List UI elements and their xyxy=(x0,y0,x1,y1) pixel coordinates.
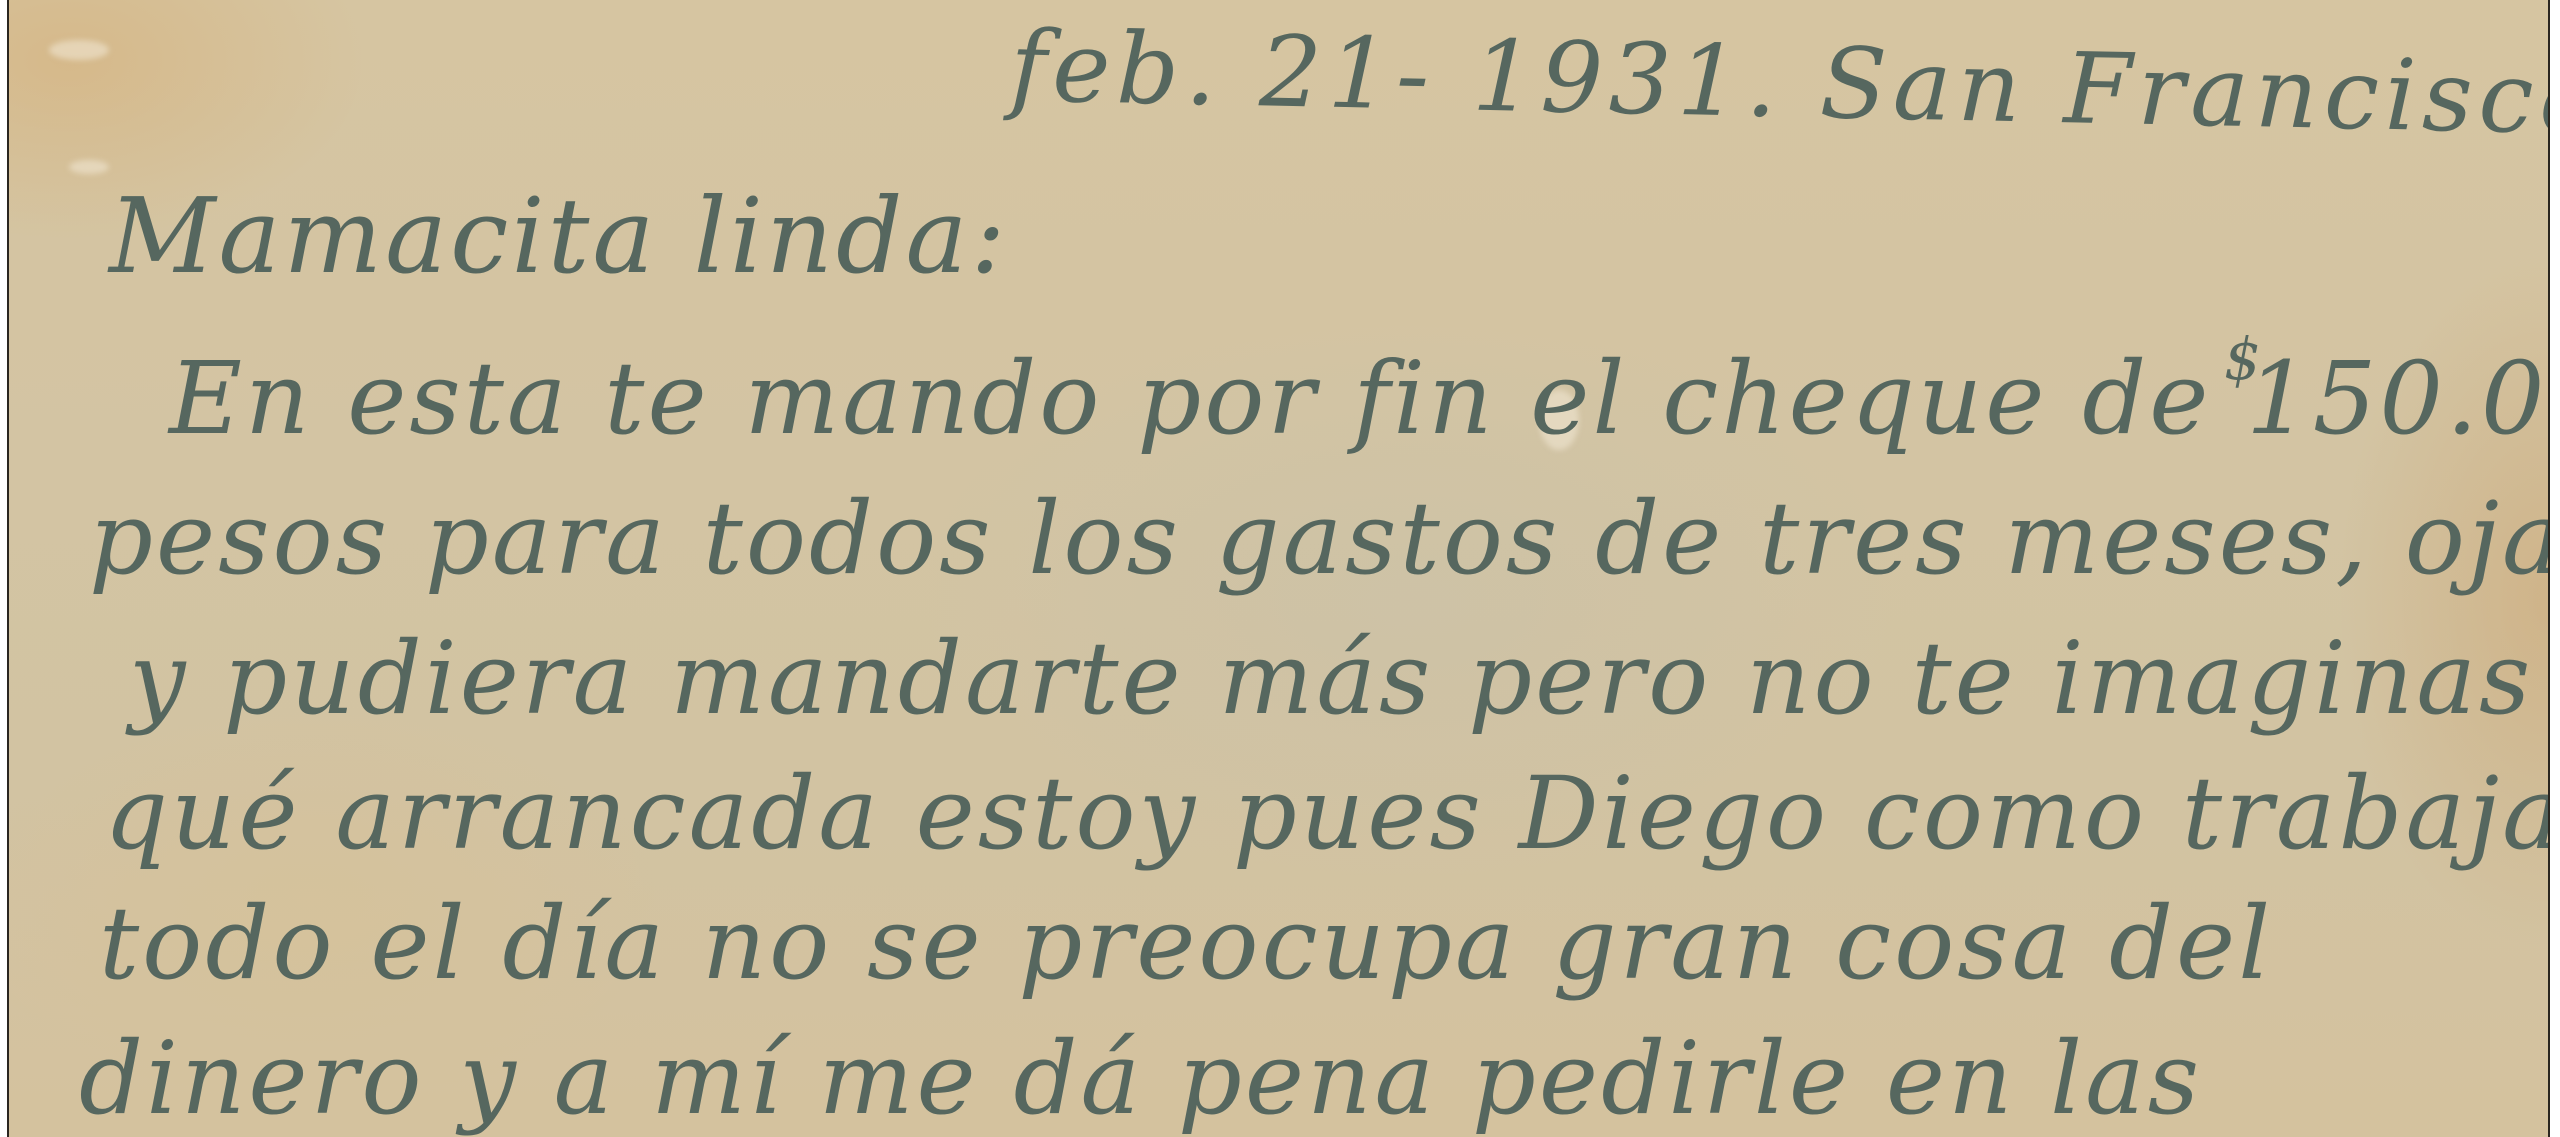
paper-stain xyxy=(49,40,109,60)
letter-body-line: todo el día no se preocupa gran cosa del xyxy=(99,885,2273,1002)
paper-stain xyxy=(69,160,109,174)
letter-body-line: dinero y a mí me dá pena pedirle en las xyxy=(79,1020,2202,1137)
letter-body-line: y pudiera mandarte más pero no te imagin… xyxy=(129,620,2533,737)
letter-body-line: qué arrancada estoy pues Diego como trab… xyxy=(104,755,2550,872)
letter-page: feb. 21- 1931. San Francisco. Cal. Mamac… xyxy=(7,0,2550,1137)
letter-salutation: Mamacita linda: xyxy=(109,175,1009,297)
letter-body-line: pesos para todos los gastos de tres mese… xyxy=(89,480,2550,597)
letter-date-place: feb. 21- 1931. San Francisco. Cal. xyxy=(1009,10,2550,163)
letter-body-line: En esta te mando por fin el cheque de 15… xyxy=(169,340,2550,457)
